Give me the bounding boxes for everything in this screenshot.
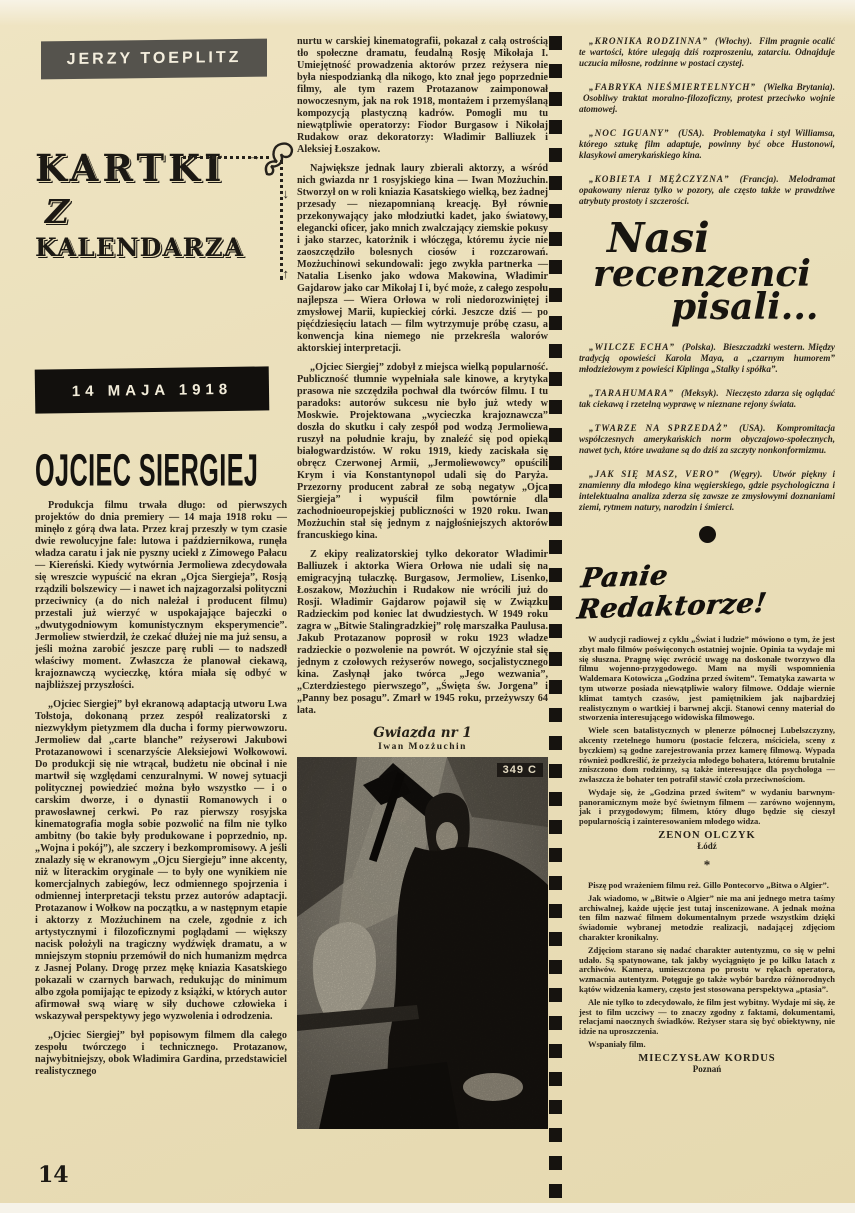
photo-block: Gwiazda nr 1 Iwan Mozżuchin bbox=[297, 725, 548, 1129]
film-still-illustration bbox=[297, 757, 548, 1129]
arrow-down-icon: ↓ bbox=[283, 186, 290, 202]
arrow-up-icon: ↑ bbox=[283, 266, 290, 282]
letter-paragraph: W audycji radiowej z cyklu „Świat i ludz… bbox=[579, 635, 835, 723]
review-title: „JAK SIĘ MASZ, VERO” bbox=[589, 469, 720, 479]
review-item: „FABRYKA NIEŚMIERTELNYCH” (Wielka Brytan… bbox=[579, 82, 835, 115]
magazine-page: JERZY TOEPLITZ → ↓ ↑ KARTKI Z KALENDARZA… bbox=[0, 0, 855, 1213]
article-title-wrap: OJCIEC SIERGIEJ bbox=[35, 444, 287, 500]
letter-signature: MIECZYSŁAW KORDUS bbox=[579, 1053, 835, 1064]
author-name: JERZY TOEPLITZ bbox=[67, 49, 242, 69]
review-title: „TARAHUMARA” bbox=[589, 388, 674, 398]
letter-paragraph: Piszę pod wrażeniem filmu reż. Gillo Pon… bbox=[579, 881, 835, 891]
letter-paragraph: Wiele scen batalistycznych w plenerze pó… bbox=[579, 726, 835, 785]
review-item: „JAK SIĘ MASZ, VERO” (Węgry). Utwór pięk… bbox=[579, 469, 835, 513]
left-column: JERZY TOEPLITZ → ↓ ↑ KARTKI Z KALENDARZA… bbox=[35, 40, 287, 1085]
column-logo: → ↓ ↑ KARTKI Z KALENDARZA bbox=[35, 146, 287, 342]
article-paragraph: „Ojciec Siergiej” zdobył z miejsca wielk… bbox=[297, 362, 548, 542]
review-title: „FABRYKA NIEŚMIERTELNYCH” bbox=[589, 82, 756, 92]
review-origin: (Wielka Brytania). bbox=[764, 82, 835, 92]
letter-paragraph: Wydaje się, że „Godzina przed świtem” w … bbox=[579, 788, 835, 827]
letter-signature-city: Łódź bbox=[579, 841, 835, 851]
review-body: Osobliwy traktat moralno-filozoficzny, p… bbox=[579, 93, 835, 114]
review-title: „KRONIKA RODZINNA” bbox=[589, 36, 708, 46]
article-paragraph: nurtu w carskiej kinematografii, pokazał… bbox=[297, 36, 548, 156]
review-item: „NOC IGUANY” (USA). Problematyka i styl … bbox=[579, 128, 835, 161]
middle-column: nurtu w carskiej kinematografii, pokazał… bbox=[297, 36, 548, 1129]
letter-signature-city: Poznań bbox=[579, 1064, 835, 1074]
reviewers-section-heading: Nasi recenzenci pisali... bbox=[579, 220, 835, 324]
letter-paragraph: Wspaniały film. bbox=[579, 1040, 835, 1050]
reader-letter: Piszę pod wrażeniem filmu reż. Gillo Pon… bbox=[579, 881, 835, 1074]
photo-archive-label: 349 C bbox=[497, 763, 543, 777]
review-title: „TWARZE NA SPRZEDAŻ” bbox=[589, 423, 728, 433]
section-dot-marker bbox=[699, 526, 716, 543]
article-paragraph: „Ojciec Siergiej” był ekranową adaptacją… bbox=[35, 699, 287, 1023]
letter-signature: ZENON OLCZYK bbox=[579, 830, 835, 841]
review-origin: (USA). bbox=[678, 128, 704, 138]
article-paragraph: Z ekipy realizatorskiej tylko dekorator … bbox=[297, 549, 548, 717]
review-item: „TARAHUMARA” (Meksyk). Nieczęsto zdarza … bbox=[579, 388, 835, 410]
letters-section-heading: Panie Redaktorze! bbox=[575, 554, 838, 625]
film-strip-divider bbox=[549, 36, 562, 1202]
logo-word-kalendarza: KALENDARZA bbox=[35, 233, 287, 262]
date-banner: 14 MAJA 1918 bbox=[35, 366, 270, 413]
reader-letter: W audycji radiowej z cyklu „Świat i ludz… bbox=[579, 635, 835, 851]
review-item: „WILCZE ECHA” (Polska). Bieszczadzki wes… bbox=[579, 342, 835, 375]
article-paragraph: „Ojciec Siergiej” był popisowym filmem d… bbox=[35, 1030, 287, 1078]
article-title: OJCIEC SIERGIEJ bbox=[35, 430, 247, 514]
letter-paragraph: Jak wiadomo, w „Bitwie o Algier” nie ma … bbox=[579, 894, 835, 943]
review-item: „KOBIETA I MĘŻCZYZNA” (Francja). Melodra… bbox=[579, 174, 835, 207]
photo-caption-subtitle: Iwan Mozżuchin bbox=[297, 742, 548, 752]
page-number: 14 bbox=[38, 1162, 69, 1188]
photo-caption-title: Gwiazda nr 1 bbox=[297, 725, 548, 741]
review-origin: (Francja). bbox=[740, 174, 779, 184]
letter-paragraph: Zdjęciom starano się nadać charakter aut… bbox=[579, 946, 835, 995]
letter-separator-star: * bbox=[579, 857, 835, 873]
right-column: „KRONIKA RODZINNA” (Włochy). Film pragni… bbox=[579, 36, 835, 1080]
review-origin: (Węgry). bbox=[730, 469, 763, 479]
article-paragraph: Produkcja filmu trwała długo: od pierwsz… bbox=[35, 500, 287, 692]
article-body-left: Produkcja filmu trwała długo: od pierwsz… bbox=[35, 500, 287, 1078]
review-item: „KRONIKA RODZINNA” (Włochy). Film pragni… bbox=[579, 36, 835, 69]
heading-line: pisali... bbox=[671, 291, 835, 324]
floral-ornament-icon bbox=[261, 138, 295, 183]
review-title: „WILCZE ECHA” bbox=[589, 342, 675, 352]
review-origin: (USA). bbox=[739, 423, 765, 433]
logo-word-z: Z bbox=[45, 192, 287, 231]
review-origin: (Meksyk). bbox=[681, 388, 719, 398]
review-origin: (Włochy). bbox=[715, 36, 752, 46]
article-body-middle: nurtu w carskiej kinematografii, pokazał… bbox=[297, 36, 548, 717]
article-paragraph: Największe jednak laury zbierali aktorzy… bbox=[297, 163, 548, 355]
date-text: 14 MAJA 1918 bbox=[72, 380, 233, 399]
review-title: „KOBIETA I MĘŻCZYZNA” bbox=[589, 174, 730, 184]
review-item: „TWARZE NA SPRZEDAŻ” (USA). Kompromitacj… bbox=[579, 423, 835, 456]
review-origin: (Polska). bbox=[682, 342, 716, 352]
author-banner: JERZY TOEPLITZ bbox=[41, 39, 267, 80]
review-title: „NOC IGUANY” bbox=[589, 128, 669, 138]
arrow-right-icon: → bbox=[248, 148, 261, 164]
letter-paragraph: Ale nie tylko to zdecydowało, że film je… bbox=[579, 998, 835, 1037]
film-still-photo: 349 C bbox=[297, 757, 548, 1129]
